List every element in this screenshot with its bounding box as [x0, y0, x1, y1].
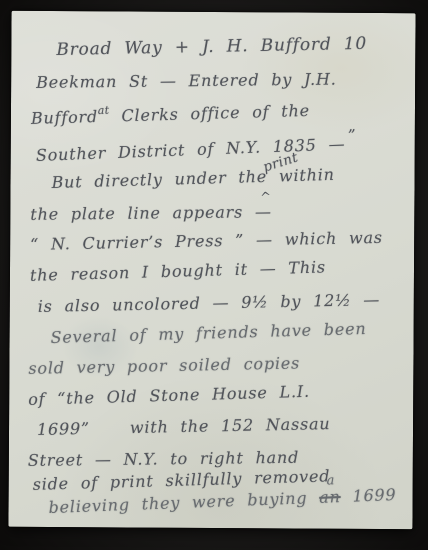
note-line-3-word: Bufford	[31, 107, 99, 128]
note-line-16-after: 1699	[352, 485, 397, 506]
note-line-2: Beekman St — Entered by J.H.	[36, 70, 337, 92]
note-line-9: is also uncolored — 9½ by 12½ —	[38, 290, 381, 316]
correction-letter-above: a	[326, 473, 335, 488]
note-line-8: the reason I bought it — This	[30, 257, 326, 285]
note-line-5: But directly under thewithin	[51, 165, 335, 192]
note-line-4: Souther District of N.Y. 1835 —”	[35, 126, 357, 165]
photo-background-mat: Broad Way + J. H. Bufford 10 Beekman St …	[0, 0, 428, 550]
struck-out-word: an	[319, 487, 341, 507]
note-line-1: Broad Way + J. H. Bufford 10	[56, 34, 367, 60]
note-line-6: the plate line appears —	[30, 202, 272, 224]
note-line-13-rest: with the 152 Nassau	[130, 414, 331, 437]
note-line-3-rest: Clerks office of the	[121, 101, 310, 125]
note-line-4-quote-mark: ”	[348, 126, 357, 144]
note-line-3: Buffordat Clerks office of the	[31, 98, 310, 128]
note-line-11: sold very poor soiled copies	[28, 353, 300, 377]
note-line-3-superscript: at	[98, 104, 110, 117]
note-line-13-year-quote: 1699”	[37, 419, 90, 439]
corrected-word: aan	[319, 487, 341, 507]
note-line-10: Several of my friends have been	[50, 319, 366, 347]
note-line-13: 1699”with the 152 Nassau	[37, 414, 331, 439]
handwritten-note-paper: Broad Way + J. H. Bufford 10 Beekman St …	[8, 11, 415, 529]
note-line-13-gap	[90, 433, 130, 434]
note-line-12: of “the Old Stone House L.I.	[28, 382, 310, 409]
note-line-14: Street — N.Y. to right hand	[28, 448, 299, 470]
note-line-16-before: believing they were buying	[48, 488, 307, 517]
note-line-5-before: But directly under the	[51, 167, 267, 192]
note-line-7: “ N. Currier’s Press ” — which was	[30, 228, 383, 254]
